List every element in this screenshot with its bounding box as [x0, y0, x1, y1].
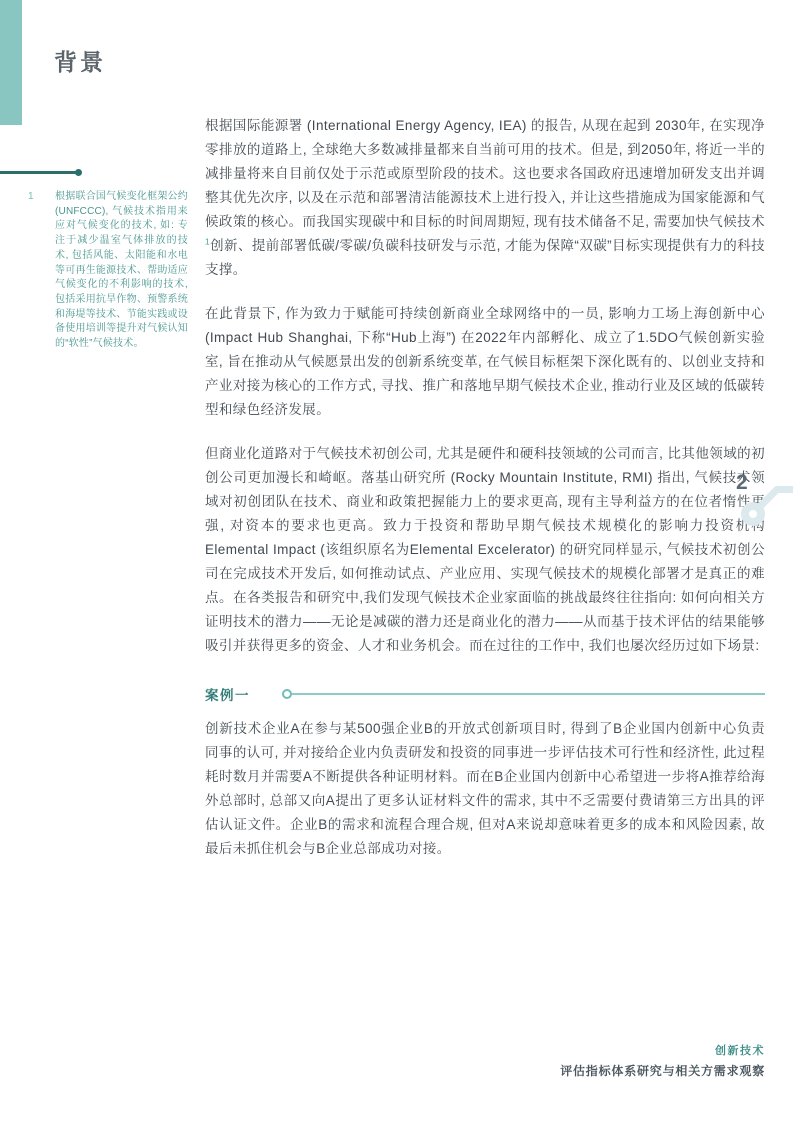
case-paragraph: 创新技术企业A在参与某500强企业B的开放式创新项目时, 得到了B企业国内创新中… [205, 717, 765, 861]
paragraph-1-text: 根据国际能源署 (International Energy Agency, IE… [205, 118, 765, 229]
footer-series-title: 创新技术 [560, 1042, 765, 1058]
document-page: 背景 1 根据联合国气候变化框架公约(UNFCCC), 气候技术指用来应对气候变… [0, 0, 793, 1122]
footnote: 1 根据联合国气候变化框架公约(UNFCCC), 气候技术指用来应对气候变化的技… [28, 190, 188, 352]
case-title: 案例一 [205, 684, 250, 704]
accent-bar [0, 0, 22, 125]
paragraph-1: 根据国际能源署 (International Energy Agency, IE… [205, 114, 765, 282]
footer-report-title: 评估指标体系研究与相关方需求观察 [560, 1062, 765, 1079]
page-title: 背景 [54, 44, 106, 77]
page-number: 2 [736, 471, 748, 495]
footnote-divider-dot [75, 169, 82, 176]
paragraph-1-text-continued: 创新、提前部署低碳/零碳/负碳科技研发与示范, 才能为保障“双碳”目标实现提供有… [205, 238, 765, 277]
body-column: 根据国际能源署 (International Energy Agency, IE… [205, 114, 765, 861]
case-divider-ring-icon [282, 689, 292, 699]
footnote-text: 根据联合国气候变化框架公约(UNFCCC), 气候技术指用来应对气候变化的技术,… [55, 190, 188, 352]
case-divider-line [292, 693, 765, 695]
footnote-divider-line [0, 171, 78, 174]
paragraph-2: 在此背景下, 作为致力于赋能可持续创新商业全球网络中的一员, 影响力工场上海创新… [205, 302, 765, 422]
page-footer: 创新技术 评估指标体系研究与相关方需求观察 [560, 1042, 765, 1079]
footnote-number: 1 [28, 190, 55, 205]
paragraph-3: 但商业化道路对于气候技术初创公司, 尤其是硬件和硬科技领域的公司而言, 比其他领… [205, 442, 765, 658]
case-section-header: 案例一 [205, 684, 765, 704]
